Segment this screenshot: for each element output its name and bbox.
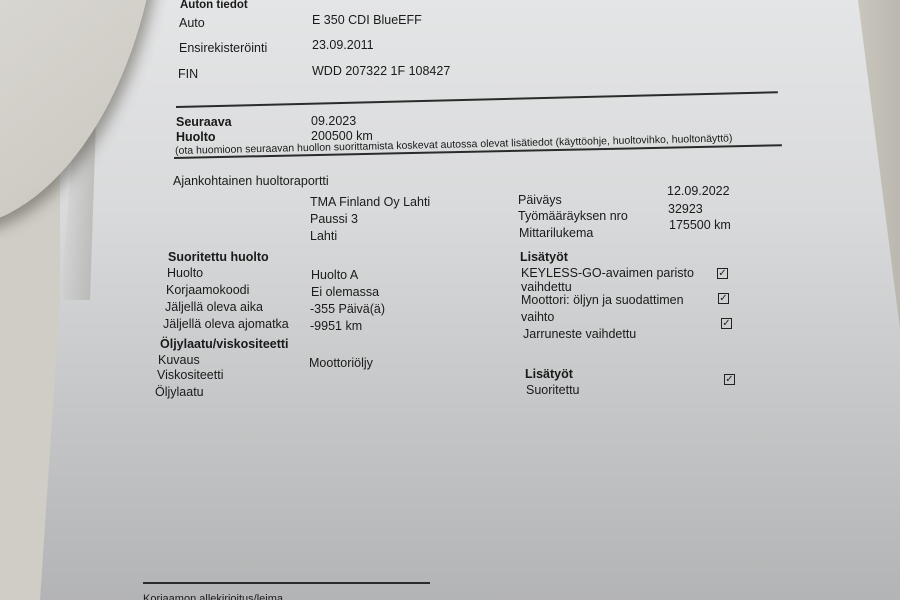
vehicle-info-heading: Auton tiedot <box>180 0 248 12</box>
oil-quality-label: Öljylaatu <box>155 386 204 399</box>
remaining-distance-value: -9951 km <box>310 320 362 333</box>
workshop-name: TMA Finland Oy Lahti <box>310 196 430 209</box>
additional-work-item-1-cont: vaihdettu <box>521 281 572 294</box>
viscosity-label: Viskositeetti <box>157 369 223 382</box>
additional-work-item-3: Jarruneste vaihdettu <box>523 328 636 341</box>
checkbox-checked-icon: ✓ <box>718 293 729 304</box>
service-type-value: Huolto A <box>311 269 358 282</box>
first-registration-value: 23.09.2011 <box>312 39 374 52</box>
signature-line <box>143 582 430 584</box>
odometer-label: Mittarilukema <box>519 227 593 240</box>
report-heading: Ajankohtainen huoltoraportti <box>173 175 329 188</box>
next-service-km-label: Huolto <box>176 131 216 144</box>
signature-label: Korjaamon allekirjoitus/leima <box>143 594 283 600</box>
oil-description-label: Kuvaus <box>158 354 200 367</box>
date-label: Päiväys <box>518 194 562 207</box>
vehicle-model-label: Auto <box>179 17 205 30</box>
service-report-page <box>0 0 900 600</box>
workshop-address: Paussi 3 <box>310 213 358 226</box>
next-service-label: Seuraava <box>176 116 232 129</box>
next-service-date: 09.2023 <box>311 115 356 128</box>
work-order-value: 32923 <box>668 203 703 216</box>
remaining-time-label: Jäljellä oleva aika <box>165 301 263 314</box>
additional-work-item-2: Moottori: öljyn ja suodattimen <box>521 294 684 307</box>
workshop-code-label: Korjaamokoodi <box>166 284 249 297</box>
oil-description-value: Moottoriöljy <box>309 357 373 370</box>
checkbox-checked-icon: ✓ <box>721 318 732 329</box>
remaining-time-value: -355 Päivä(ä) <box>310 303 385 316</box>
odometer-value: 175500 km <box>669 219 731 232</box>
additional-work-item-1: KEYLESS-GO-avaimen paristo <box>521 267 694 280</box>
date-value: 12.09.2022 <box>667 185 730 198</box>
work-order-label: Työmääräyksen nro <box>518 210 628 223</box>
workshop-code-value: Ei olemassa <box>311 286 379 299</box>
first-registration-label: Ensirekisteröinti <box>179 42 267 55</box>
additional-work-status-heading: Lisätyöt <box>525 368 573 381</box>
fin-label: FIN <box>178 68 198 81</box>
performed-service-heading: Suoritettu huolto <box>168 251 269 264</box>
additional-work-heading: Lisätyöt <box>520 251 568 264</box>
fin-value: WDD 207322 1F 108427 <box>312 65 450 78</box>
workshop-city: Lahti <box>310 230 337 243</box>
remaining-distance-label: Jäljellä oleva ajomatka <box>163 318 289 331</box>
additional-work-status-label: Suoritettu <box>526 384 580 397</box>
checkbox-checked-icon: ✓ <box>724 374 735 385</box>
service-type-label: Huolto <box>167 267 203 280</box>
checkbox-checked-icon: ✓ <box>717 268 728 279</box>
vehicle-model-value: E 350 CDI BlueEFF <box>312 14 422 27</box>
additional-work-item-2-cont: vaihto <box>521 311 554 324</box>
oil-heading: Öljylaatu/viskositeetti <box>160 338 289 351</box>
